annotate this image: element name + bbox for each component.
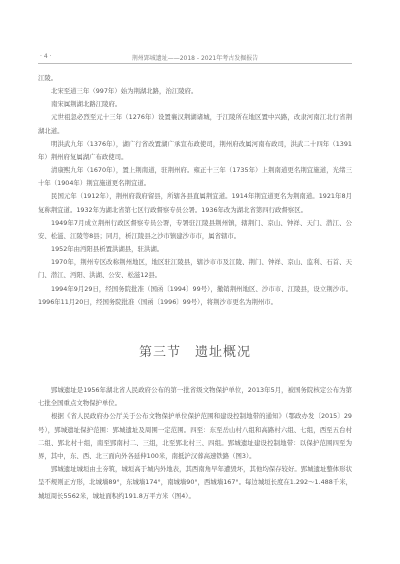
paragraph: 明洪武九年（1376年），湖广行省改置湖广承宣布政使司，荆州府改属河南布政司，洪… xyxy=(38,138,352,164)
section-title: 遗址概况 xyxy=(195,345,251,360)
header-rule xyxy=(38,63,352,64)
body-text-site-overview: 郢城遗址是1956年湖北省人民政府公布的第一批省级文物保护单位，2013年5月，… xyxy=(38,384,352,503)
paragraph: 清康熙九年（1670年），置上荆南道，驻荆州府。雍正十三年（1735年）上荆南道… xyxy=(38,164,352,190)
paragraph: 1970年，荆州专区改称荆州地区，地区驻江陵县，辖沙市市及江陵、荆门、钟祥、京山… xyxy=(38,256,352,282)
paragraph: 根据《省人民政府办公厅关于公布文物保护单位保护范围和建设控制地带的通知》（鄂政办… xyxy=(38,410,352,463)
section-heading: 第三节遗址概况 xyxy=(38,341,352,360)
paragraph: 江陵。 xyxy=(38,72,352,85)
paragraph: 北宋至道三年（997年）始为荆湖北路，治江陵府。 xyxy=(38,85,352,98)
running-header: · 4 · 荆州郢城遗址——2018 - 2021年考古发掘报告 xyxy=(38,51,352,63)
paragraph: 1952年由沔阳县析置洪湖县，驻洪湖。 xyxy=(38,243,352,256)
paragraph: 郢城遗址城垣由土夯筑，城垣高于城内外地表，其西南角早年遭毁坏，其他均保存较好。郢… xyxy=(38,463,352,503)
body-text-history: 江陵。 北宋至道三年（997年）始为荆湖北路，治江陵府。 南宋属荆湖北路江陵府。… xyxy=(38,72,352,309)
paragraph: 南宋属荆湖北路江陵府。 xyxy=(38,98,352,111)
paragraph: 郢城遗址是1956年湖北省人民政府公布的第一批省级文物保护单位，2013年5月，… xyxy=(38,384,352,410)
paragraph: 元世祖忽必烈至元十三年（1276年）设置襄汉荆湖诸城，于江陵所在地区置中兴路，改… xyxy=(38,111,352,137)
running-title: 荆州郢城遗址——2018 - 2021年考古发掘报告 xyxy=(38,53,352,62)
paragraph: 1949年7月成立荆州行政区督察专员公署，专署驻江陵县荆州镇，辖荆门、京山、钟祥… xyxy=(38,217,352,243)
paragraph: 民国元年（1912年），荆州府裁府留县，所辖各县直属荆宜道。1914年荆宜道更名… xyxy=(38,190,352,216)
paragraph: 1994年9月29日，经国务院批准（国函〔1994〕99号），撤销荆州地区、沙市… xyxy=(38,283,352,309)
section-number: 第三节 xyxy=(139,345,181,360)
